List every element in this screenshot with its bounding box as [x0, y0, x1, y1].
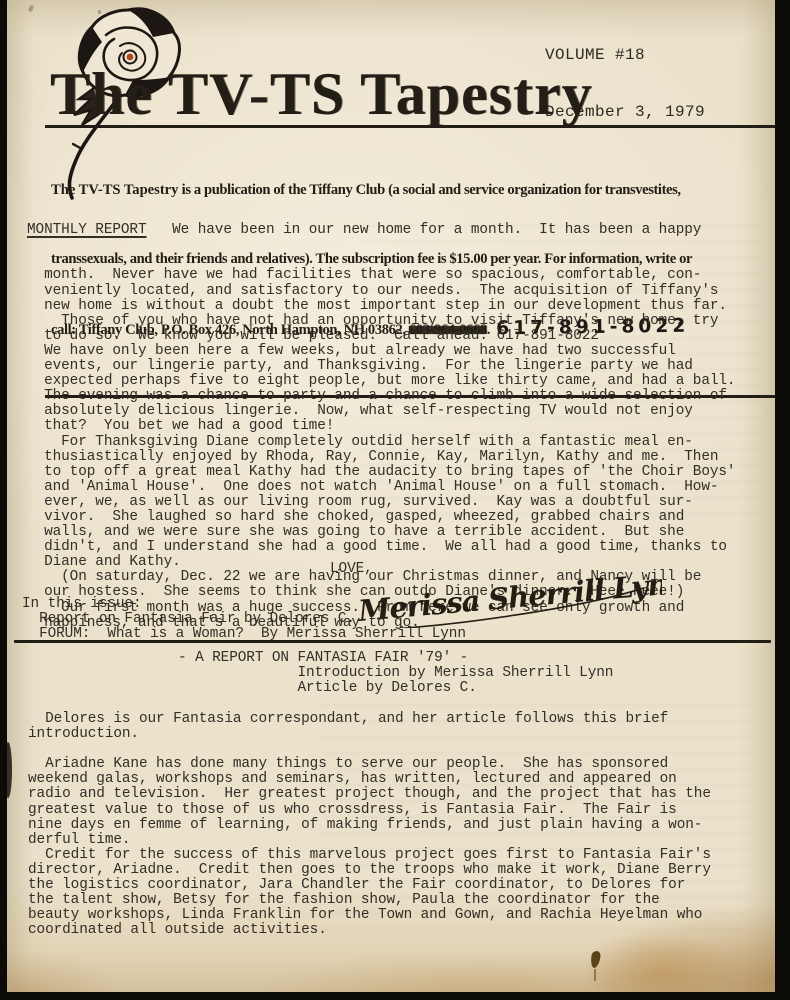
in-this-issue: In this issue: Report on Fantasia Fair b…	[22, 597, 466, 642]
fantasia-report-header: - A REPORT ON FANTASIA FAIR '79' - Intro…	[178, 651, 613, 696]
section-divider	[14, 640, 771, 643]
newsletter-title: The TV-TS Tapestry	[50, 64, 593, 124]
monthly-report-heading: MONTHLY REPORT	[27, 222, 147, 238]
monthly-report-first-line: MONTHLY REPORT We have been in our new h…	[27, 223, 735, 238]
scan-edge-smudge	[4, 742, 12, 798]
ink-blot-tail	[594, 969, 596, 981]
fantasia-report-body: Delores is our Fantasia correspondant, a…	[28, 712, 711, 938]
scanned-newsletter-page: VOLUME #18 December 3, 1979 The TV-TS Ta…	[0, 0, 790, 1000]
